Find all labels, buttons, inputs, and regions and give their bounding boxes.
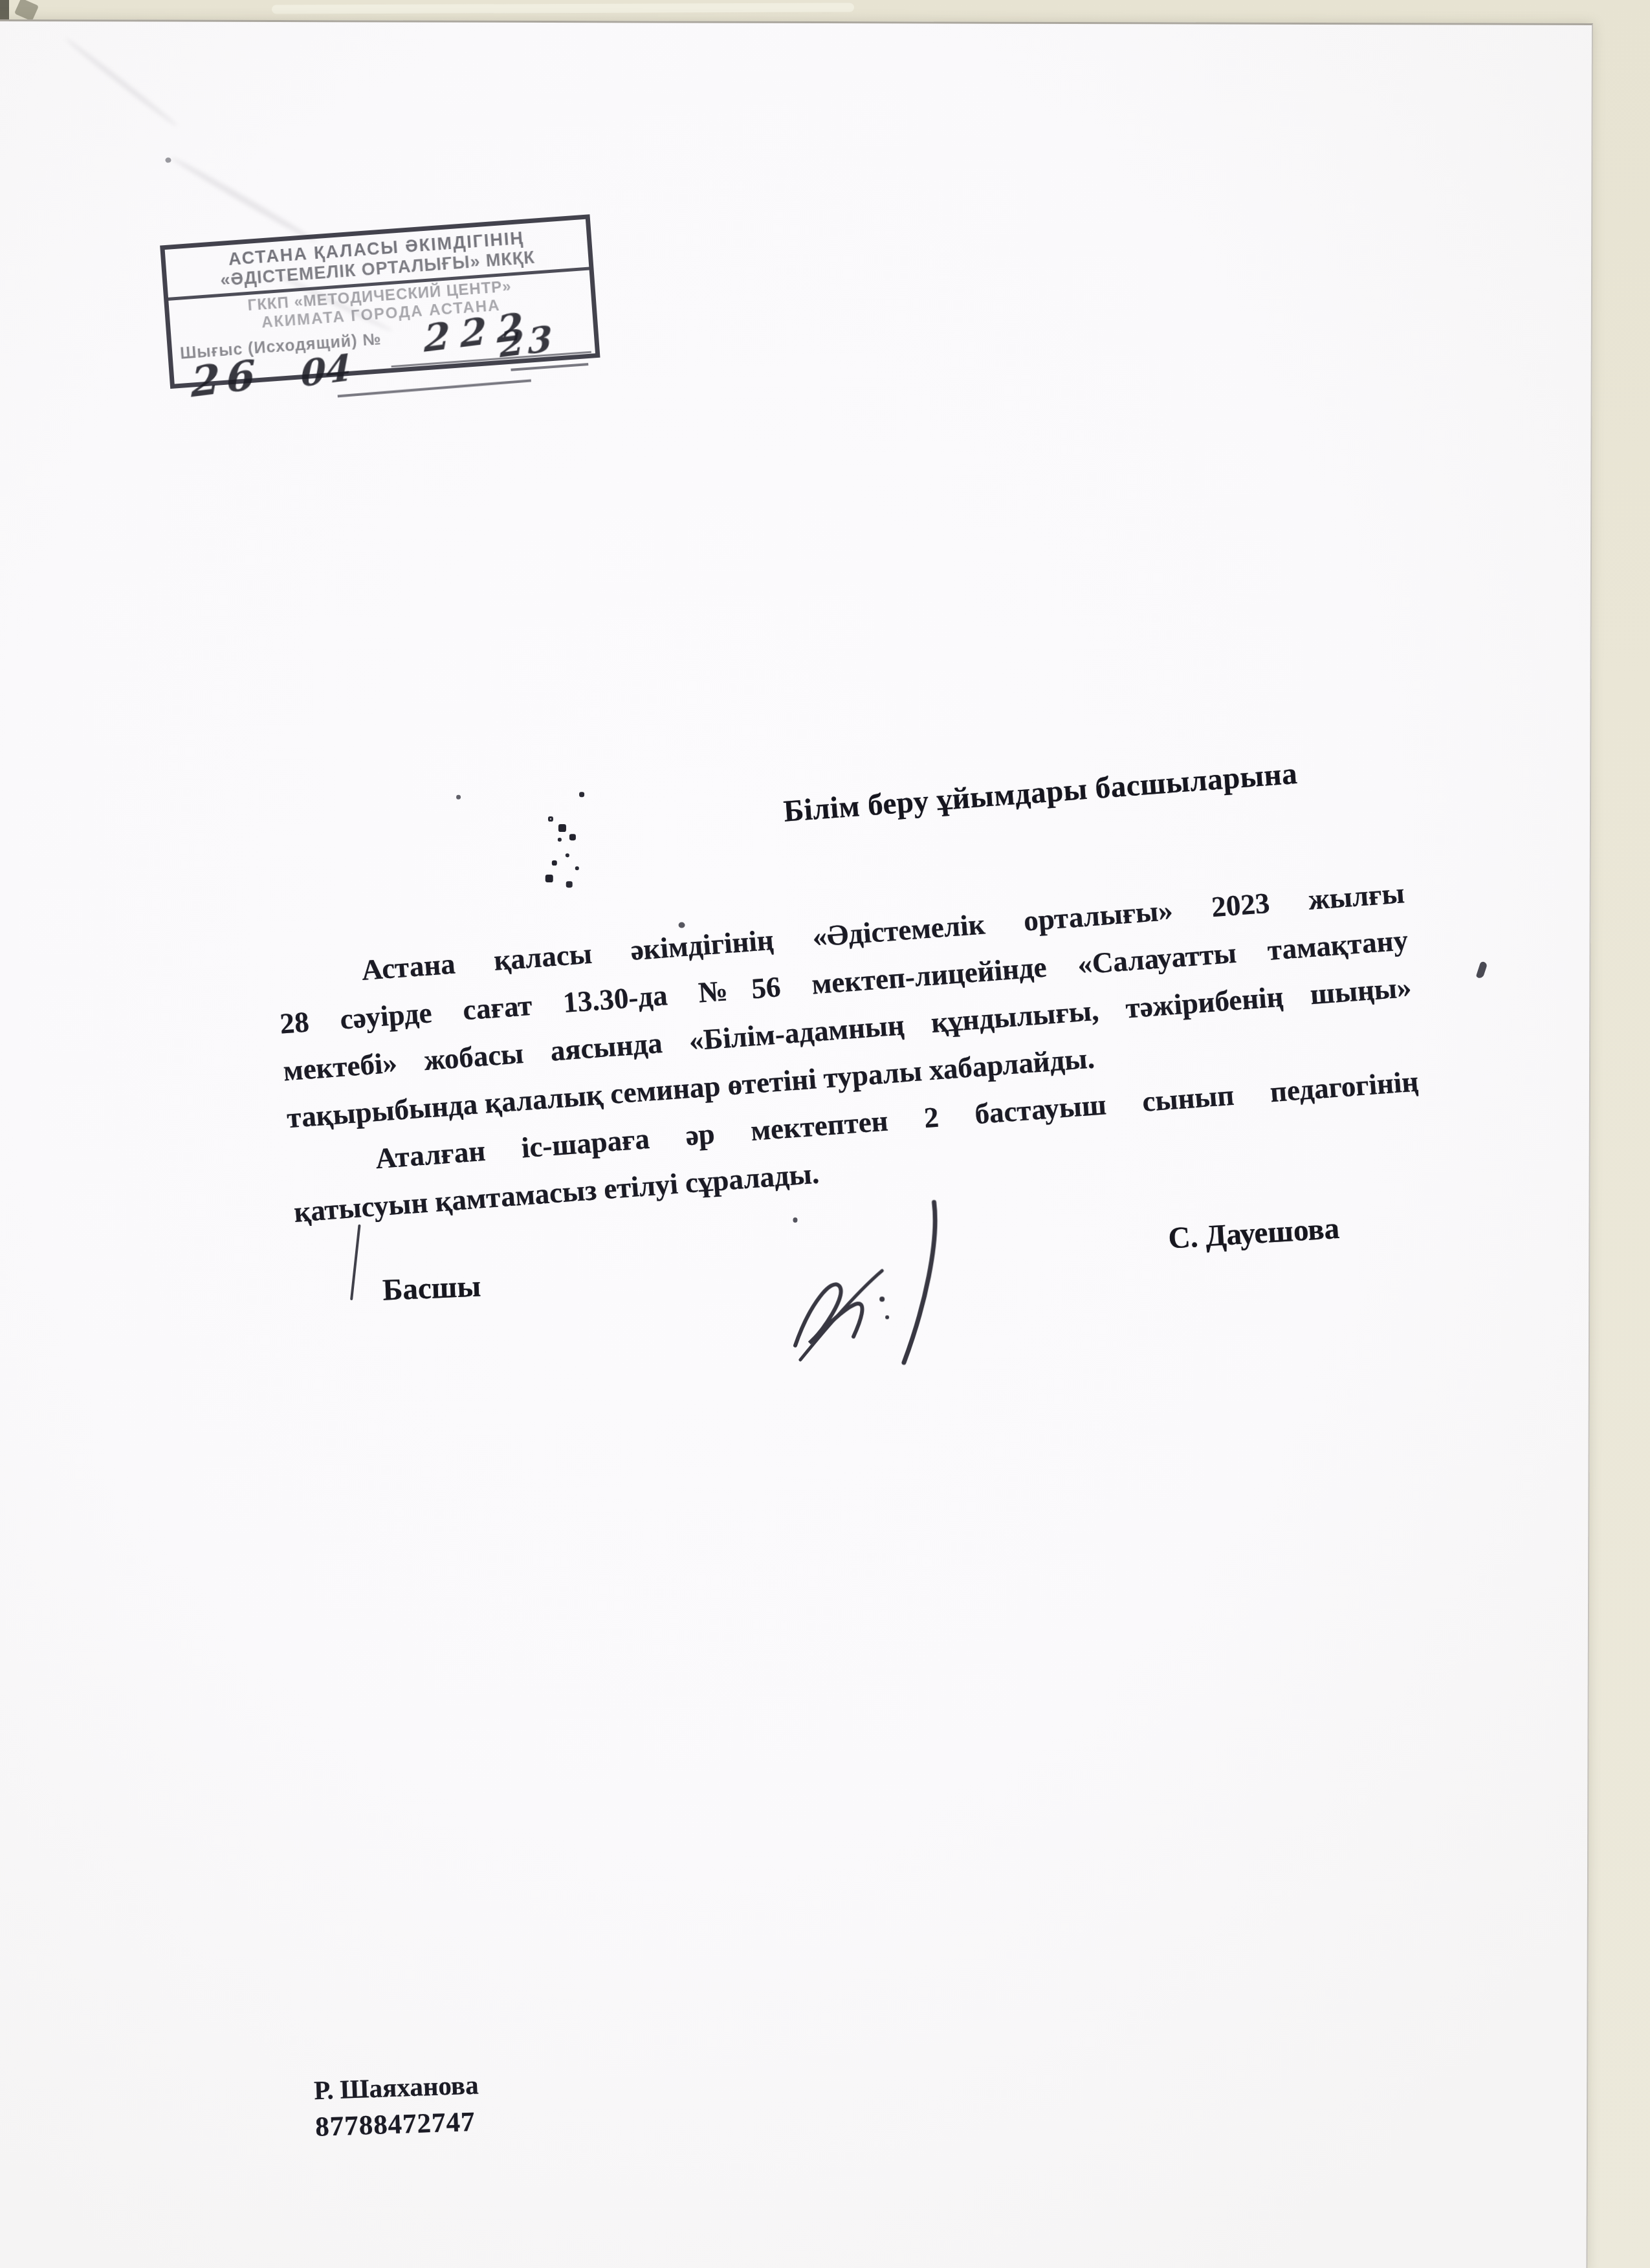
ink-speck-cluster [550, 818, 551, 820]
scanner-edge-streak [272, 3, 854, 14]
stamp-date-underline [338, 379, 531, 397]
ink-speck [165, 158, 171, 163]
scanned-letter-page: { "page": { "paper_color": "#fbfafd", "s… [0, 0, 1650, 2268]
paper-sheet: АСТАНА ҚАЛАСЫ ӘКІМДІГІНІҢ «ӘДІСТЕМЕЛІК О… [0, 19, 1593, 2268]
letter-body: Астана қаласы әкімдігінің «Әдістемелік о… [274, 869, 1424, 1236]
recipient-heading: Білім беру ұйымдары басшыларына [782, 756, 1299, 829]
ink-tick-mark [1476, 961, 1488, 979]
executor-footer: Р. Шаяханова 87788472747 [313, 2066, 480, 2146]
paper-crease [170, 155, 318, 245]
signer-name: С. Дауешова [1167, 1211, 1340, 1256]
scan-corner-mark [14, 0, 39, 21]
stray-pen-stroke [350, 1224, 361, 1300]
stamp-date-year-handwritten: 23 [500, 317, 556, 365]
executor-phone: 87788472747 [314, 2103, 480, 2146]
signer-title: Басшы [382, 1269, 481, 1307]
stamp-year-underline [511, 363, 588, 371]
executor-name: Р. Шаяханова [313, 2066, 479, 2109]
registration-stamp: АСТАНА ҚАЛАСЫ ӘКІМДІГІНІҢ «ӘДІСТЕМЕЛІК О… [160, 214, 600, 389]
ink-speck [456, 795, 461, 800]
paper-crease [64, 36, 179, 128]
signature-scribble [784, 1195, 978, 1371]
stamp-date-month-handwritten: 04 [301, 347, 351, 396]
stamp-date-day-handwritten: 26 [191, 350, 261, 408]
